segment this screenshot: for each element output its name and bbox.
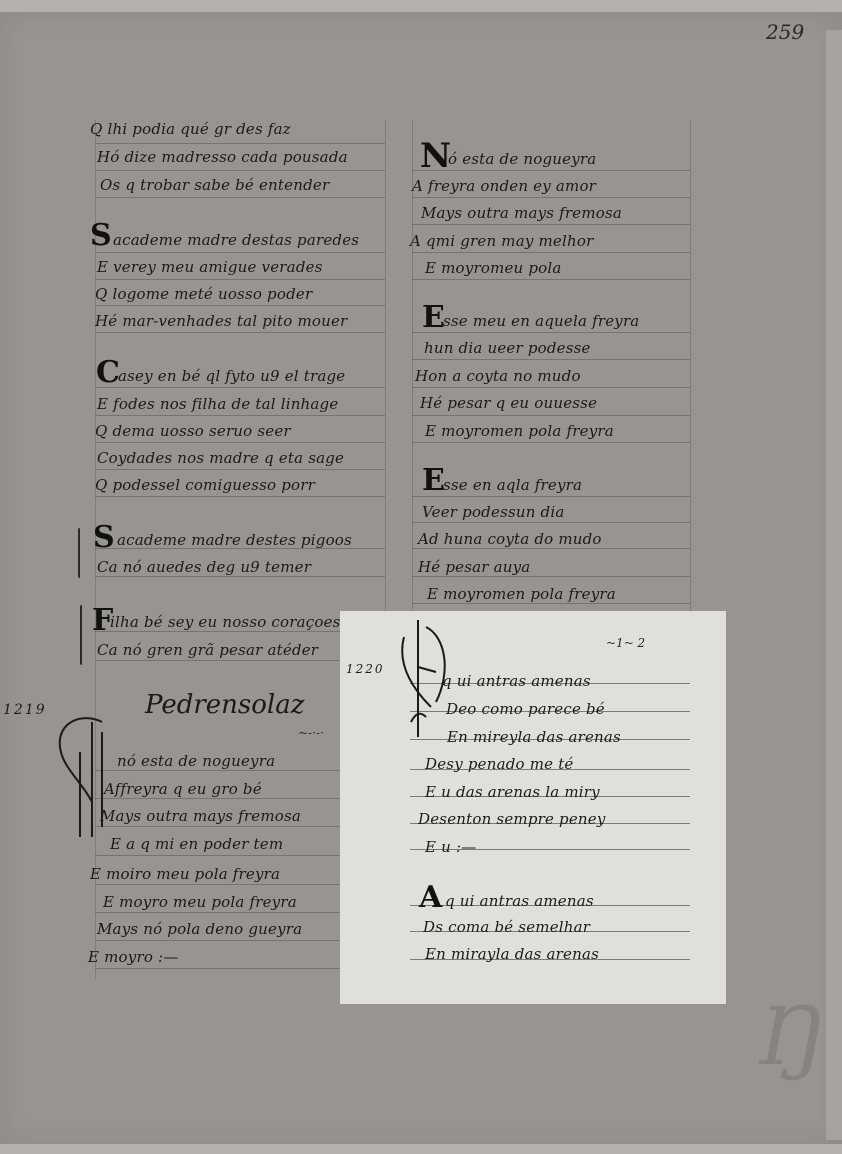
initial-letter: N (420, 136, 451, 176)
verse-line: academe madre destas paredes (113, 231, 359, 249)
margin-note: ~-·-· (298, 726, 324, 740)
margin-number: 1220 (346, 662, 385, 676)
verse-line: E moyromen pola freyra (427, 585, 616, 603)
verse-line: nó esta de nogueyra (117, 752, 275, 770)
initial-letter: C (96, 355, 120, 390)
verse-line: Hó dize madresso cada pousada (97, 148, 348, 166)
initial-letter: E (422, 463, 445, 498)
verse-line: Ca nó auedes deg u9 temer (97, 558, 311, 576)
initial-letter: S (93, 520, 115, 555)
verse-line: sse meu en aquela freyra (443, 312, 639, 330)
verse-line: Hon a coyta no mudo (415, 367, 581, 385)
verse-line: academe madre destes pigoos (117, 531, 352, 549)
page-right-edge (826, 30, 842, 1140)
verse-line: q ui antras amenas (442, 672, 591, 690)
verse-line: Q lhi podia qué gr des faz (90, 120, 291, 138)
verse-line: Hé pesar auya (418, 558, 530, 576)
verse-line: Q dema uosso seruo seer (95, 422, 291, 440)
verse-line: Mays outra mays fremosa (421, 204, 622, 222)
bracket-mark (78, 528, 80, 578)
verse-line: Mays nó pola deno gueyra (97, 920, 302, 938)
verse-line: E moyromen pola freyra (425, 422, 614, 440)
initial-letter: E (422, 300, 445, 335)
verse-line: Deo como parece bé (446, 700, 605, 718)
verse-line: ó esta de nogueyra (448, 150, 596, 168)
folio-number: 259 (766, 20, 804, 44)
author-heading: Pedrensolaz (145, 690, 304, 720)
page-bottom-edge (0, 1144, 842, 1154)
verse-line: Veer podessun dia (422, 503, 565, 521)
verse-line: Desy penado me té (425, 755, 574, 773)
verse-line: Q logome meté uosso poder (95, 285, 312, 303)
verse-line: Ad huna coyta do mudo (418, 530, 602, 548)
verse-line: sse en aqla freyra (443, 476, 582, 494)
verse-line: Os q trobar sabe bé entender (100, 176, 329, 194)
verse-line: E fodes nos filha de tal linhage (97, 395, 338, 413)
verse-line: Mays outra mays fremosa (100, 807, 301, 825)
verse-line: Coydades nos madre q eta sage (97, 449, 344, 467)
verse-line: E a q mi en poder tem (110, 835, 283, 853)
verse-line: En mireyla das arenas (447, 728, 621, 746)
verse-line: Ds coma bé semelhar (423, 918, 590, 936)
verse-line: Affreyra q eu gro bé (104, 780, 262, 798)
verse-line: hun dia ueer podesse (424, 339, 591, 357)
verse-line: q ui antras amenas (445, 892, 594, 910)
margin-number: 1219 (3, 702, 47, 718)
verse-line: Hé mar-venhades tal pito mouer (95, 312, 347, 330)
verse-line: asey en bé ql fyto u9 el trage (118, 367, 345, 385)
verse-line: En mirayla das arenas (425, 945, 599, 963)
verse-line: E moyromeu pola (425, 259, 562, 277)
verse-line: Q podessel comiguesso porr (95, 476, 315, 494)
verse-line: E moiro meu pola freyra (90, 865, 280, 883)
verse-line: E verey meu amigue verades (97, 258, 323, 276)
verse-line: Hé pesar q eu ouuesse (420, 394, 597, 412)
verse-line: E u :— (425, 838, 476, 856)
bracket-mark (80, 605, 82, 665)
initial-letter: S (90, 218, 112, 253)
margin-note: ~1~ 2 (606, 636, 645, 650)
verse-line: A freyra onden ey amor (412, 177, 596, 195)
verse-line: A qmi gren may melhor (410, 232, 593, 250)
bleed-through-mark: Ŋ (755, 990, 822, 1083)
initial-letter: A (419, 880, 442, 915)
verse-line: ilha bé sey eu nosso coraçoes (110, 613, 341, 631)
verse-line: E moyro meu pola freyra (103, 893, 297, 911)
verse-line: Ca nó gren grã pesar atéder (97, 641, 318, 659)
verse-line: E u das arenas la miry (425, 783, 600, 801)
verse-line: Desenton sempre peney (418, 810, 606, 828)
verse-line: E moyro :— (88, 948, 178, 966)
